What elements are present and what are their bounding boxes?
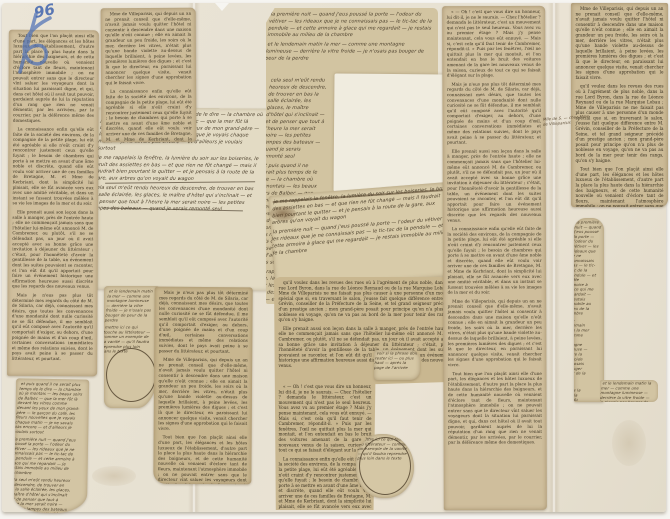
print-text: Mais je n'eus pas plus tôt déterminé mes… — [153, 287, 252, 485]
manuscript-strip-circled-note: et le lendemain matin la mer — comme une… — [104, 286, 160, 408]
print-paragraph: Elle prenait aussi son leçon dans la sal… — [12, 209, 93, 289]
print-text: Mme de Villeparisis, qui depuis un an ne… — [571, 3, 668, 207]
print-paragraph: « — Oh ! c'est que vous dire un honneur,… — [447, 9, 541, 78]
clipping-print-bottom-midleft: Mais je n'eus pas plus tôt déterminé mes… — [153, 287, 252, 485]
print-block-upper: qu'il voulez dans les revues des rues où… — [274, 277, 455, 381]
print-paragraph: Mme de Villeparisis, qui depuis un an ne… — [448, 298, 542, 367]
handwriting-paragraph: je me rappelais la fenêtre, la lumière d… — [96, 154, 260, 183]
manuscript-L-top-band: la première nuit — quand j'eus poussé la… — [266, 8, 438, 76]
handwriting-paragraph: cela seul m'eût rendu heureux de descend… — [266, 77, 329, 160]
blank-paper-patch — [333, 74, 446, 193]
clipping-print-left-column: Tout bien que l'on plaçât ainsi elle d'u… — [7, 30, 99, 376]
manuscript-piece-slanted: je me rappelais la fenêtre, la lumière d… — [268, 181, 463, 289]
handwriting-text: et puis quand il ne serait plus temps de… — [14, 378, 89, 513]
handwriting-paragraph: et puis quand il ne serait plus temps de… — [14, 381, 84, 435]
print-paragraph: Mais je n'eus pas plus tôt déterminé mes… — [447, 81, 541, 145]
handwriting-paragraph: cela seul m'eût rendu heureux de descend… — [14, 477, 73, 513]
marginal-note-blob: mettre ici ce qui touche au littérateur … — [356, 434, 414, 498]
blue-crayon-flourish — [6, 8, 70, 78]
handwriting-paragraph: la première nuit — quand j'eus poussé la… — [574, 220, 602, 316]
handwriting-text: la première nuit — quand j'eus poussé la… — [574, 218, 604, 402]
handwriting-paragraph: la première nuit — quand j'eus poussé la… — [267, 11, 433, 39]
fold-notch — [215, 3, 229, 11]
manuscript-strip-bottom-left: et puis quand il ne serait plus temps de… — [14, 378, 89, 513]
print-text: Mme de Villeparisis, qui depuis un an ne… — [101, 8, 197, 142]
handwriting-paragraph: je me rappelais la fenêtre, la lumière d… — [574, 383, 585, 402]
handwriting-paragraph: et le lendemain matin la mer — comme une… — [600, 381, 656, 402]
print-paragraph: La connaissance enfin qu'elle eût faite … — [106, 88, 192, 142]
handwriting-paragraph: la première nuit — quand j'eus poussé la… — [14, 437, 78, 476]
print-paragraph: La connaissance enfin qu'elle eût faite … — [447, 226, 541, 295]
print-paragraph: Elle prenait aussi son leçon dans la sal… — [447, 148, 541, 222]
handwriting-text: je me rappelais la fenêtre, la lumière d… — [268, 181, 455, 289]
print-paragraph: La connaissance enfin qu'elle eût faite … — [12, 126, 93, 206]
print-text: Tout bien que l'on plaçât ainsi elle d'u… — [7, 30, 99, 376]
handwriting-paragraph: voir si la phrase doit rester ici — ou p… — [374, 351, 418, 370]
circled-annotation-outline — [106, 348, 156, 402]
fold-crease-right — [548, 3, 560, 512]
handwriting-paragraph: et le lendemain matin la mer — comme une… — [105, 289, 156, 323]
print-paragraph: Tout bien que l'on plaçât ainsi elle d'u… — [448, 371, 542, 445]
print-paragraph: Tout bien que l'on plaçât ainsi elle d'u… — [576, 167, 664, 207]
print-text: qu'il voulez dans les revues des rues où… — [274, 277, 455, 381]
print-paragraph: Mais je n'eus pas plus tôt déterminé mes… — [159, 290, 248, 354]
handwriting-text: et le lendemain matin la mer — comme une… — [600, 380, 658, 402]
handwriting-paragraph: et le lendemain matin la mer — comme une… — [266, 41, 430, 62]
handwriting-text: la première nuit — quand j'eus poussé la… — [266, 8, 438, 76]
print-paragraph: qu'il voulez dans les revues des rues où… — [279, 280, 451, 322]
handwriting-paragraph: et le lendemain matin la mer — comme une… — [574, 318, 592, 380]
print-paragraph: Elle prenait aussi son leçon dans la sal… — [279, 326, 451, 368]
print-paragraph: Tout bien que l'on plaçât ainsi elle d'u… — [158, 434, 248, 484]
print-paragraph: Mme de Villeparisis, qui depuis un an ne… — [576, 6, 664, 80]
handwriting-text: Mlle de S. — chez Mme de Villeparisis — [542, 114, 591, 157]
manuscript-strip-right-vertical: la première nuit — quand j'eus poussé la… — [574, 218, 604, 402]
handwriting-text: voir si la phrase doit rester ici — ou p… — [374, 350, 420, 380]
print-text: « — Oh ! c'est que vous dire un honneur,… — [442, 6, 547, 510]
clipping-print-left-column-2: Mme de Villeparisis, qui depuis un an ne… — [101, 8, 197, 142]
manuscript-strip-right-foot: et le lendemain matin la mer — comme une… — [600, 380, 658, 402]
handwriting-paragraph: mettre ici ce qui touche au littérateur … — [357, 437, 410, 461]
manuscript-photo: et puis quand il ne serait plus temps de… — [0, 0, 670, 519]
clipping-print-top-right: Mme de Villeparisis, qui depuis un an ne… — [571, 3, 668, 207]
handwriting-text: mettre ici ce qui touche au littérateur … — [356, 434, 414, 498]
print-paragraph: Mme de Villeparisis, qui depuis un an ne… — [158, 357, 248, 432]
marginal-scribble: Mlle de S. — chez Mme de Villeparisis — [543, 115, 577, 143]
print-paragraph: Mais je n'eus pas plus tôt déterminé mes… — [12, 292, 93, 361]
marginal-note-tab: voir si la phrase doit rester ici — ou p… — [374, 350, 420, 380]
print-paragraph: Mme de Villeparisis, qui depuis un an ne… — [105, 11, 191, 86]
clipping-print-right-tall: « — Oh ! c'est que vous dire un honneur,… — [442, 6, 547, 510]
